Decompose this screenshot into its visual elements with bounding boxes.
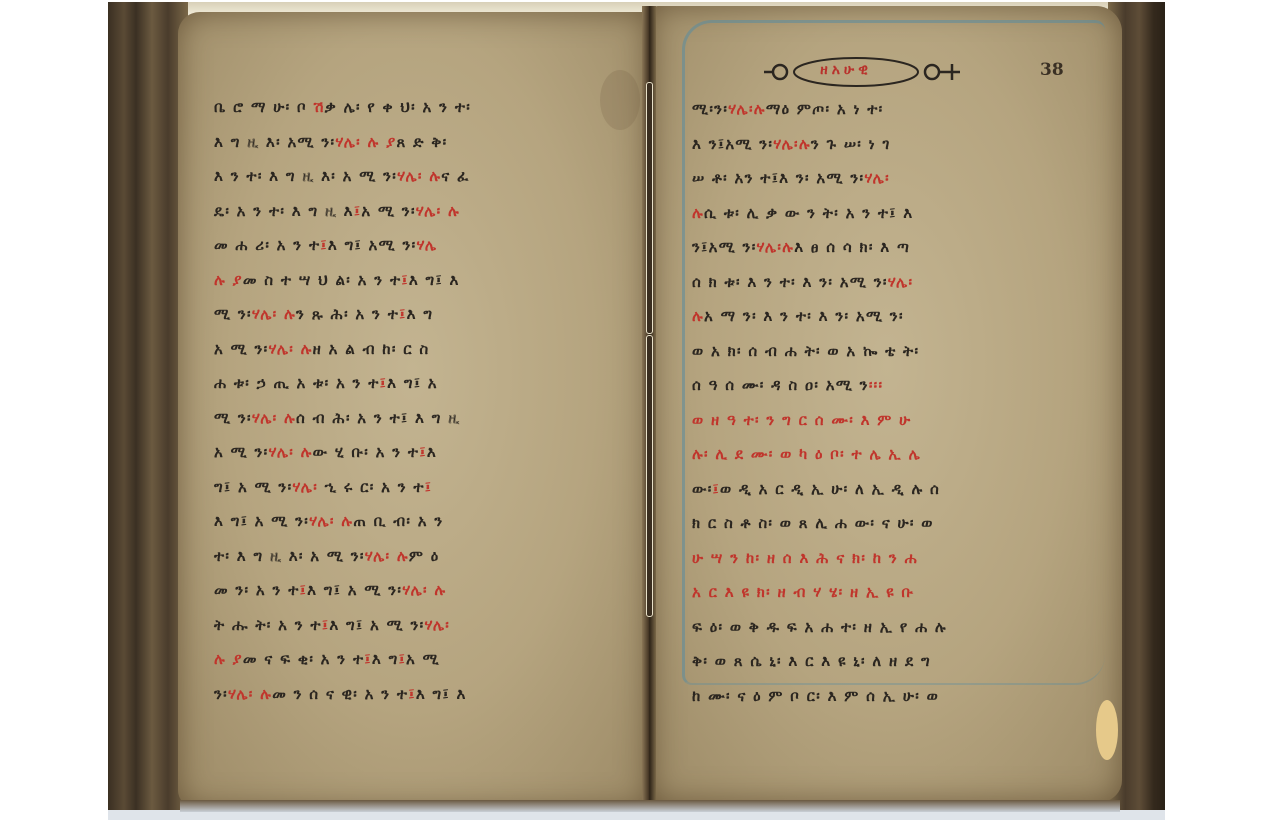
rubric-text: ፤ (399, 305, 406, 323)
book-cover-left (108, 2, 188, 810)
manuscript-line: ዴ፡ አ ን ተ፡ እ ግ ዚ እ፤አ ሚ ን፡ሃሌ፡ ሉ (214, 194, 471, 229)
script-text: ሚ ን፡ (214, 409, 252, 427)
script-text: እ ግ፤ አ (387, 374, 438, 392)
rubric-text: ሃሌ፡ ሉ (397, 167, 441, 185)
manuscript-line: እ ግ ዚ እ፡ አሚ ን፡ሃሌ፡ ሉ ያጸ ድ ቅ፡ (214, 125, 471, 160)
rubric-text: ሃሌ፡ ሉ (268, 340, 312, 358)
rubric-text: ፡፡፡ (869, 376, 884, 394)
manuscript-line: ሠ ቶ፡ አን ተ፤እ ን፡ አሚ ን፡ሃሌ፡ (692, 161, 947, 196)
script-text: አ ሚ (406, 650, 440, 668)
rubric-text: ፤ (713, 480, 720, 498)
manuscript-line: ወ ዘ ዓ ተ፡ ን ግ ር ሰ ሙ፡ እ ም ሁ (692, 403, 947, 438)
script-text: ማዕ ምጦ፡ አ ነ ተ፡ (766, 100, 884, 118)
script-text: ፍ ዕ፡ ወ ቅ ዱ ፍ አ ሐ ተ፡ ዘ ኢ የ ሐ ሉ (692, 618, 947, 636)
manuscript-line: አ ሚ ን፡ሃሌ፡ ሉዘ አ ል ብ ከ፡ ር ስ (214, 332, 471, 367)
parchment-stain (600, 70, 640, 130)
script-text: ሲ ቱ፡ ሊ ቃ ው ን ት፡ አ ን ተ፤ እ (704, 204, 913, 222)
rubric-text: አ ር እ ዩ ክ፡ ዘ ብ ሃ ሄ፡ ዘ ኢ ዩ ቡ (692, 583, 914, 601)
page-bottom-shadow (180, 800, 1120, 812)
script-text: ን፡ (214, 685, 228, 703)
rubric-text: ፤ (401, 271, 408, 289)
right-page-text: ሚ፡ን፡ሃሌ፡ሉማዕ ምጦ፡ አ ነ ተ፡እ ን፤አሚ ን፡ሃሌ፡ሉን ጉ ሠ፡… (692, 92, 947, 713)
folio-number: 38 (1040, 60, 1064, 80)
rubric-text: ሃሌ፡ ሉ (402, 581, 446, 599)
rubric-text: ሃሌ፡ ሉ (416, 202, 460, 220)
script-text: ሚ፡ን፡ (692, 100, 728, 118)
script-text: ቅ፡ ወ ጸ ሴ ኒ፡ እ ር እ ዩ ኒ፡ ለ ዘ ደ ግ (692, 652, 931, 670)
manuscript-line: ሰ ክ ቱ፡ እ ን ተ፡ እ ን፡ አሚ ን፡ሃሌ፡ (692, 265, 947, 300)
script-text: መ ሐ ሪ፡ አ ን ተ (214, 236, 320, 254)
manuscript-line: እ ን ተ፡ እ ግ ዚ እ፡ አ ሚ ን፡ሃሌ፡ ሉና ፈ (214, 159, 471, 194)
manuscript-line: ት ሑ ት፡ አ ን ተ፤እ ግ፤ አ ሚ ን፡ሃሌ፡ (214, 608, 471, 643)
script-text: ቃ ሌ፡ የ ቀ ህ፡ አ ን ተ፡ (325, 98, 471, 116)
manuscript-line: አ ር እ ዩ ክ፡ ዘ ብ ሃ ሄ፡ ዘ ኢ ዩ ቡ (692, 575, 947, 610)
rubric-text: ሃሌ፡ ሉ ያ (335, 133, 396, 151)
script-text: እ ግ ዚ እ፡ አሚ ን፡ (214, 133, 335, 151)
script-text: ሐ ቱ፡ ኃ ጢ አ ቱ፡ አ ን ተ (214, 374, 380, 392)
rubric-text: ሃሌ፡ሉ (757, 238, 795, 256)
rubric-text: ሉ ያ (214, 650, 243, 668)
script-text: እ ግ (372, 650, 399, 668)
rubric-text: ፤ (364, 650, 371, 668)
script-text: ጠ ቢ ብ፡ አ ን (353, 512, 443, 530)
script-text: መ ና ፍ ቂ፡ አ ን ተ (243, 650, 364, 668)
script-text: ሰ ዓ ሰ ሙ፡ ዳ ስ ዐ፡ አሚ ን (692, 376, 869, 394)
manuscript-line: ው፡፤ወ ዲ አ ር ዲ ኢ ሁ፡ ለ ኢ ዲ ሉ ሰ (692, 472, 947, 507)
script-text: ን ጹ ሕ፡ አ ን ተ (296, 305, 399, 323)
rubric-text: ሃሌ፡ ሉ (365, 547, 409, 565)
rubric-text: ሉ ያ (214, 271, 243, 289)
script-text: እ ግ፤ እ (409, 271, 460, 289)
script-text: ወ ዲ አ ር ዲ ኢ ሁ፡ ለ ኢ ዲ ሉ ሰ (720, 480, 940, 498)
script-text: ጸ ድ ቅ፡ (396, 133, 447, 151)
script-text: ግ፤ አ ሚ ን፡ (214, 478, 292, 496)
rubric-text: ሉ (692, 307, 704, 325)
script-text: ን፤አሚ ን፡ (692, 238, 757, 256)
manuscript-line: ክ ር ስ ቶ ስ፡ ወ ጸ ሊ ሐ ው፡ ና ሁ፡ ወ (692, 506, 947, 541)
rubric-text: ሃሌ፡ ሉ (268, 443, 312, 461)
script-text: አ ሚ ን፡ (214, 443, 268, 461)
binding-stitch (646, 335, 653, 617)
manuscript-line: ወ አ ክ፡ ሰ ብ ሐ ት፡ ወ አ ኰ ቴ ት፡ (692, 334, 947, 369)
manuscript-line: መ ን፡ አ ን ተ፤እ ግ፤ አ ሚ ን፡ሃሌ፡ ሉ (214, 573, 471, 608)
script-text: ኂ ሩ ር፡ አ ን ተ (318, 478, 425, 496)
rubric-text: ሃሌ (416, 236, 437, 254)
script-text: እ ግ (407, 305, 434, 323)
script-text: ወ አ ክ፡ ሰ ብ ሐ ት፡ ወ አ ኰ ቴ ት፡ (692, 342, 919, 360)
manuscript-line: ቅ፡ ወ ጸ ሴ ኒ፡ እ ር እ ዩ ኒ፡ ለ ዘ ደ ግ (692, 644, 947, 679)
binding-stitch (646, 82, 653, 334)
left-page-text: ቤ ሮ ማ ሁ፡ ቦ ሽቃ ሌ፡ የ ቀ ህ፡ አ ን ተ፡እ ግ ዚ እ፡ አ… (214, 90, 471, 711)
rubric-text: ሃሌ፡ (864, 169, 890, 187)
manuscript-line: ሚ፡ን፡ሃሌ፡ሉማዕ ምጦ፡ አ ነ ተ፡ (692, 92, 947, 127)
script-text: ዴ፡ አ ን ተ፡ እ ግ ዚ እ (214, 202, 354, 220)
rubric-text: ሃሌ፡ (424, 616, 450, 634)
rubric-text: ሁ ሣ ን ከ፡ ዘ ሰ እ ሕ ና ክ፡ ከ ን ሐ (692, 549, 918, 567)
script-text: ን ጉ ሠ፡ ነ ገ (811, 135, 891, 153)
script-text: ዘ አ ል ብ ከ፡ ር ስ (313, 340, 430, 358)
manuscript-line: እ ግ፤ አ ሚ ን፡ሃሌ፡ ሉጠ ቢ ብ፡ አ ን (214, 504, 471, 539)
script-text: ቤ ሮ ማ ሁ፡ ቦ (214, 98, 313, 116)
script-text: ና ፈ (441, 167, 469, 185)
script-text: ም ዕ (409, 547, 440, 565)
rubric-text: ፤ (408, 685, 415, 703)
rubric-text: ሃሌ፡ (888, 273, 914, 291)
script-text: መ ን፡ አ ን ተ (214, 581, 300, 599)
rubric-text: ሃሌ፡ሉ (728, 100, 766, 118)
script-text: አ ሚ ን፡ (361, 202, 415, 220)
header-ornament-text: ዘአሁዊ (786, 62, 906, 78)
rubric-text: ፤ (399, 650, 406, 668)
script-text: ሰ ክ ቱ፡ እ ን ተ፡ እ ን፡ አሚ ን፡ (692, 273, 888, 291)
script-text: ከ ሙ፡ ና ዕ ም ቦ ር፡ እ ም ሰ ኢ ሁ፡ ወ (692, 687, 939, 705)
manuscript-line: ሚ ን፡ሃሌ፡ ሉሰ ብ ሕ፡ አ ን ተ፤ እ ግ ዚ (214, 401, 471, 436)
script-text: ሠ ቶ፡ አን ተ፤እ ን፡ አሚ ን፡ (692, 169, 864, 187)
script-text: እ (427, 443, 437, 461)
script-text: እ ግ፤ አ ሚ ን፡ (307, 581, 402, 599)
manuscript-line: ሉ ያመ ስ ተ ሣ ህ ል፡ አ ን ተ፤እ ግ፤ እ (214, 263, 471, 298)
manuscript-line: ሉአ ማ ን፡ እ ን ተ፡ እ ን፡ አሚ ን፡ (692, 299, 947, 334)
manuscript-line: ሚ ን፡ሃሌ፡ ሉን ጹ ሕ፡ አ ን ተ፤እ ግ (214, 297, 471, 332)
rubric-text: ሃሌ፡ሉ (773, 135, 811, 153)
script-text: መ ስ ተ ሣ ህ ል፡ አ ን ተ (243, 271, 401, 289)
manuscript-line: መ ሐ ሪ፡ አ ን ተ፤እ ግ፤ አሚ ን፡ሃሌ (214, 228, 471, 263)
rubric-text: ሽ (313, 98, 324, 116)
rubric-text: ሉ (692, 204, 704, 222)
manuscript-line: ፍ ዕ፡ ወ ቅ ዱ ፍ አ ሐ ተ፡ ዘ ኢ የ ሐ ሉ (692, 610, 947, 645)
manuscript-line: ን፡ሃሌ፡ ሉመ ን ሰ ና ዊ፡ አ ን ተ፤እ ግ፤ እ (214, 677, 471, 712)
rubric-text: ሃሌ፡ ሉ (252, 409, 296, 427)
script-text: እ ግ፤ አ ሚ ን፡ (214, 512, 309, 530)
rubric-text: ሉ፡ ሊ ደ ሙ፡ ወ ካ ዕ ቦ፡ ተ ሌ ኢ ሌ (692, 445, 921, 463)
manuscript-line: ሉሲ ቱ፡ ሊ ቃ ው ን ት፡ አ ን ተ፤ እ (692, 196, 947, 231)
manuscript-line: ቤ ሮ ማ ሁ፡ ቦ ሽቃ ሌ፡ የ ቀ ህ፡ አ ን ተ፡ (214, 90, 471, 125)
script-text: ው ሂ ቡ፡ አ ን ተ (313, 443, 420, 461)
script-text: እ ግ፤ እ (416, 685, 467, 703)
script-text: ሚ ን፡ (214, 305, 252, 323)
script-text: ው፡ (692, 480, 713, 498)
script-text: እ ፀ ሰ ሳ ክ፡ እ ጣ (794, 238, 910, 256)
rubric-text: ፤ (320, 236, 327, 254)
manuscript-line: ሉ ያመ ና ፍ ቂ፡ አ ን ተ፤እ ግ፤አ ሚ (214, 642, 471, 677)
script-text: እ ግ፤ አሚ ን፡ (328, 236, 417, 254)
manuscript-line: ከ ሙ፡ ና ዕ ም ቦ ር፡ እ ም ሰ ኢ ሁ፡ ወ (692, 679, 947, 714)
script-text: አ ማ ን፡ እ ን ተ፡ እ ን፡ አሚ ን፡ (704, 307, 904, 325)
rubric-text: ሃሌ፡ ሉ (252, 305, 296, 323)
manuscript-line: ን፤አሚ ን፡ሃሌ፡ሉእ ፀ ሰ ሳ ክ፡ እ ጣ (692, 230, 947, 265)
script-text: እ ን ተ፡ እ ግ ዚ እ፡ አ ሚ ን፡ (214, 167, 397, 185)
manuscript-line: ተ፡ እ ግ ዚ እ፡ አ ሚ ን፡ሃሌ፡ ሉም ዕ (214, 539, 471, 574)
rubric-text: ሃሌ፡ (292, 478, 318, 496)
manuscript-line: ሰ ዓ ሰ ሙ፡ ዳ ስ ዐ፡ አሚ ን፡፡፡ (692, 368, 947, 403)
rubric-text: ሃሌ፡ ሉ (228, 685, 272, 703)
script-text: ተ፡ እ ግ ዚ እ፡ አ ሚ ን፡ (214, 547, 365, 565)
rubric-text: ወ ዘ ዓ ተ፡ ን ግ ር ሰ ሙ፡ እ ም ሁ (692, 411, 912, 429)
script-text: እ ን፤አሚ ን፡ (692, 135, 773, 153)
manuscript-line: ሉ፡ ሊ ደ ሙ፡ ወ ካ ዕ ቦ፡ ተ ሌ ኢ ሌ (692, 437, 947, 472)
rubric-text: ሃሌ፡ ሉ (309, 512, 353, 530)
manuscript-line: አ ሚ ን፡ሃሌ፡ ሉው ሂ ቡ፡ አ ን ተ፤እ (214, 435, 471, 470)
rubric-text: ፤ (425, 478, 432, 496)
rubric-text: ፤ (419, 443, 426, 461)
rubric-text: ፤ (300, 581, 307, 599)
parchment-stain (1096, 700, 1118, 760)
script-text: እ ግ፤ አ ሚ ን፡ (329, 616, 424, 634)
script-text: ት ሑ ት፡ አ ን ተ (214, 616, 322, 634)
script-text: ክ ር ስ ቶ ስ፡ ወ ጸ ሊ ሐ ው፡ ና ሁ፡ ወ (692, 514, 934, 532)
rubric-text: ፤ (380, 374, 387, 392)
manuscript-line: እ ን፤አሚ ን፡ሃሌ፡ሉን ጉ ሠ፡ ነ ገ (692, 127, 947, 162)
manuscript-line: ሁ ሣ ን ከ፡ ዘ ሰ እ ሕ ና ክ፡ ከ ን ሐ (692, 541, 947, 576)
script-text: ሰ ብ ሕ፡ አ ን ተ፤ እ ግ ዚ (296, 409, 460, 427)
script-text: አ ሚ ን፡ (214, 340, 268, 358)
script-text: መ ን ሰ ና ዊ፡ አ ን ተ (272, 685, 408, 703)
manuscript-line: ሐ ቱ፡ ኃ ጢ አ ቱ፡ አ ን ተ፤እ ግ፤ አ (214, 366, 471, 401)
manuscript-line: ግ፤ አ ሚ ን፡ሃሌ፡ ኂ ሩ ር፡ አ ን ተ፤ (214, 470, 471, 505)
